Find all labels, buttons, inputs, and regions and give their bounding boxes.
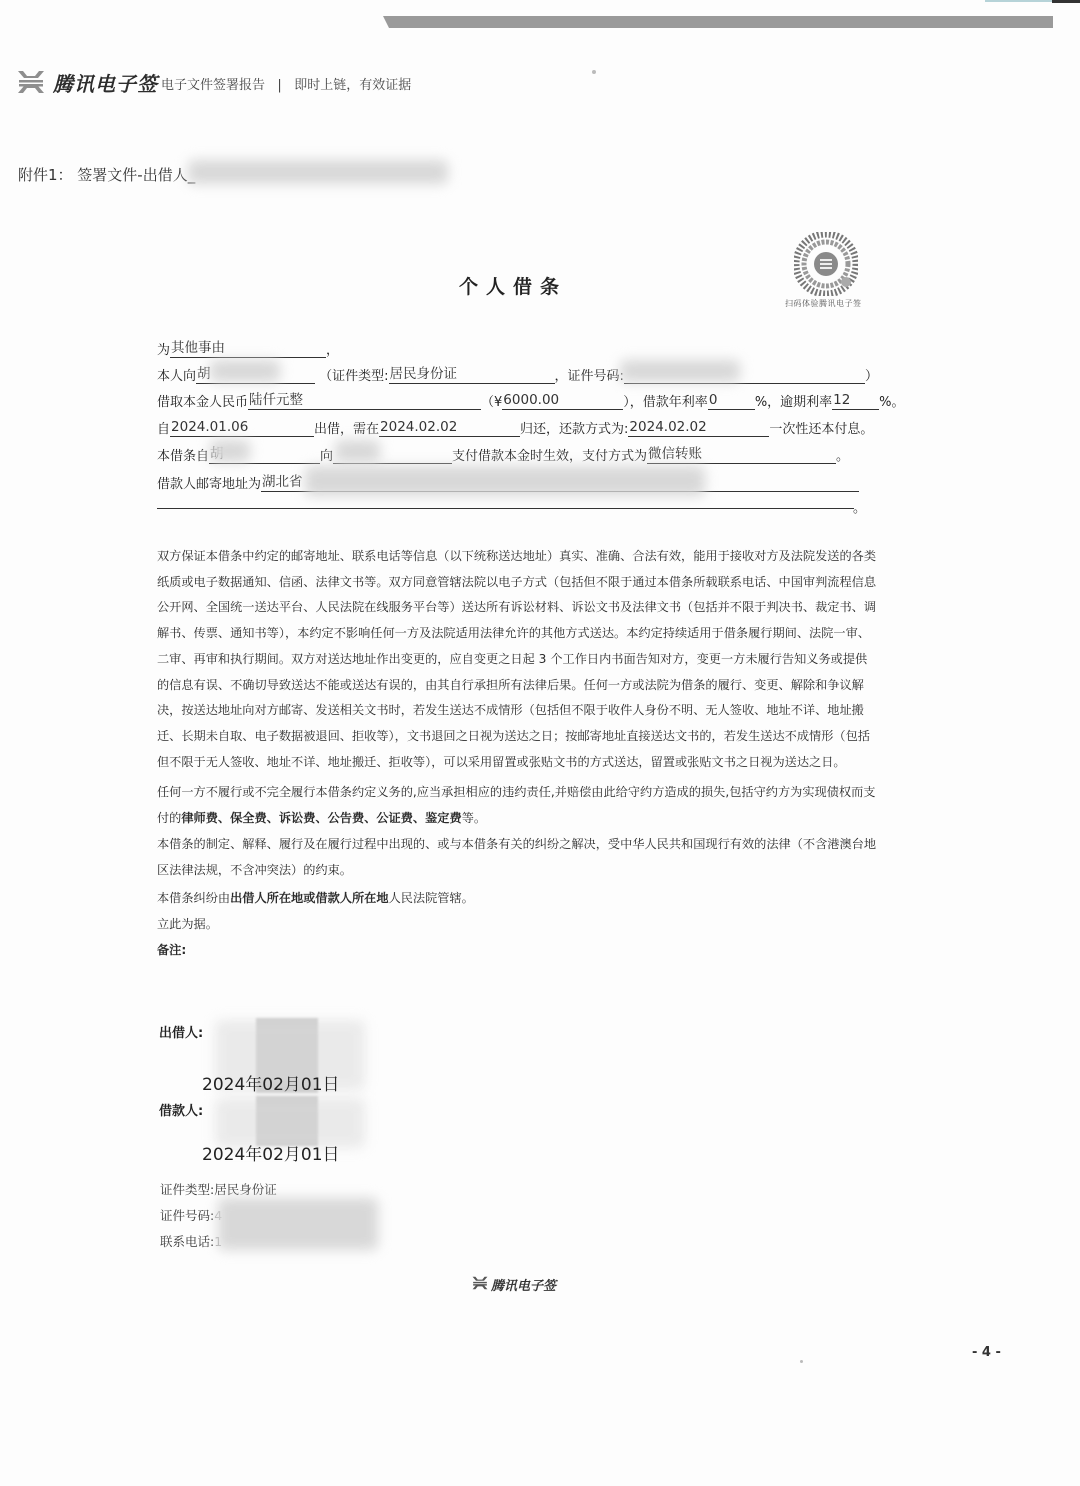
address-label: 借款人邮寄地址为: [157, 477, 261, 492]
header-separator: |: [277, 78, 281, 93]
jurisdiction-clause: 本借条纠纷由出借人所在地或借款人所在地人民法院管辖。: [157, 886, 877, 912]
principal-amount-value: 6000.00: [502, 392, 623, 410]
redacted-address: [305, 466, 705, 496]
repay-method-value: 2024.02.02: [628, 419, 769, 437]
close-paren: ）: [865, 369, 878, 384]
scan-speck: [800, 1360, 803, 1363]
qr-code-icon: [794, 232, 858, 296]
repay-method-suffix: 一次性还本付息。: [769, 422, 873, 437]
from-label: 自: [157, 422, 170, 437]
redacted-id-number: [620, 360, 740, 382]
address-line-2: [157, 508, 854, 509]
dates-line: 自2024.01.06出借，需在2024.02.02归还，还款方式为:2024.…: [157, 418, 873, 437]
borrower-phone: 联系电话:1: [160, 1232, 222, 1250]
governing-law-clause: 本借条的制定、解释、履行及在履行过程中出现的、或与本借条有关的纠纷之解决，受中华…: [157, 832, 877, 883]
id-type-value: 居民身份证: [389, 366, 555, 384]
redacted-contact-info: [218, 1198, 378, 1250]
redacted-effective-to: [335, 440, 380, 462]
overdue-rate-suffix: %。: [879, 395, 904, 410]
overdue-rate-value: 12: [832, 392, 879, 410]
footer-brand: 腾讯电子签: [491, 1275, 556, 1294]
payment-method-value: 微信转账: [647, 446, 836, 464]
lender-label: 本人向: [157, 369, 196, 384]
lender-sign-date: 2024年02月01日: [202, 1070, 340, 1095]
footer-logo-icon: [472, 1276, 488, 1290]
principal-label: 借取本金人民币: [157, 395, 248, 410]
address-end-period: 。: [853, 497, 866, 516]
to-label: 向: [320, 449, 333, 464]
phone-label: 联系电话:: [160, 1234, 214, 1249]
header-subtitle: 电子文件签署报告 | 即时上链，有效证据: [161, 74, 411, 93]
remarks-label: 备注:: [157, 938, 877, 964]
overdue-rate-label: %，逾期利率: [755, 395, 832, 410]
id-type-value: 居民身份证: [214, 1182, 277, 1197]
annual-rate-label: ），借款年利率: [623, 395, 708, 410]
due-date-value: 2024.02.02: [379, 419, 520, 437]
payment-label: 支付借款本金时生效，支付方式为: [452, 449, 647, 464]
id-number-label: 证件号码:: [160, 1208, 214, 1223]
breach-fees: 律师费、保全费、诉讼费、公告费、公证费、鉴定费: [181, 811, 461, 825]
reason-suffix: ，: [326, 343, 339, 358]
id-number-label: ，证件号码:: [555, 369, 624, 384]
scan-speck: [592, 70, 596, 74]
redacted-effective-from: [210, 440, 250, 462]
principal-words-value: 陆仟元整: [248, 392, 481, 410]
lender-label: 出借人:: [159, 1022, 203, 1041]
borrower-sign-date: 2024年02月01日: [202, 1140, 340, 1165]
borrower-label: 借款人:: [159, 1100, 203, 1119]
qr-caption: 扫码体验腾讯电子签: [785, 298, 862, 309]
annual-rate-value: 0: [708, 392, 755, 410]
borrower-id-number: 证件号码:4: [160, 1206, 222, 1224]
start-date-value: 2024.01.06: [170, 419, 314, 437]
principal-line: 借取本金人民币陆仟元整（¥6000.00），借款年利率0%，逾期利率12%。: [157, 391, 905, 410]
report-title: 电子文件签署报告: [161, 78, 265, 93]
service-address-clause: 双方保证本借条中约定的邮寄地址、联系电话等信息（以下统称送达地址）真实、准确、合…: [157, 544, 877, 775]
id-type-label: 证件类型:: [160, 1182, 214, 1197]
top-edge-mark-dark: [1052, 0, 1080, 3]
page-number: - 4 -: [972, 1345, 1001, 1360]
tencent-esign-logo-icon: [17, 70, 45, 94]
borrower-id-type: 证件类型:居民身份证: [160, 1180, 277, 1198]
header-tagline: 即时上链，有效证据: [294, 78, 411, 93]
attachment-label: 附件1： 签署文件-出借人_: [18, 164, 195, 185]
period: 。: [836, 449, 849, 464]
effective-label: 本借条自: [157, 449, 209, 464]
header-gray-bar: [383, 16, 1053, 28]
document-title: 个人借条: [459, 272, 567, 299]
redacted-lender-name: [210, 360, 280, 382]
breach-clause: 任何一方不履行或不完全履行本借条约定义务的,应当承担相应的违约责任,并赔偿由此给…: [157, 780, 877, 831]
brand-name: 腾讯电子签: [53, 68, 158, 97]
effective-line: 本借条自胡向支付借款本金时生效，支付方式为微信转账。: [157, 445, 849, 464]
jurisdiction-location: 出借人所在地或借款人所在地: [230, 891, 388, 905]
reason-value: 其他事由: [170, 340, 326, 358]
jurisdiction-text: 本借条纠纷由: [157, 891, 230, 905]
borrow-label: 出借，需在: [314, 422, 379, 437]
redacted-file-name: [188, 160, 448, 184]
id-type-label: （证件类型:: [319, 369, 388, 384]
reason-label: 为: [157, 343, 170, 358]
principal-amount-prefix: （¥: [481, 395, 502, 410]
closing-statement: 立此为据。: [157, 912, 877, 938]
jurisdiction-suffix: 人民法院管辖。: [389, 891, 474, 905]
breach-suffix: 等。: [462, 811, 486, 825]
top-edge-mark: [985, 0, 1055, 2]
repay-label: 归还，还款方式为:: [520, 422, 628, 437]
reason-line: 为其他事由，: [157, 339, 339, 358]
